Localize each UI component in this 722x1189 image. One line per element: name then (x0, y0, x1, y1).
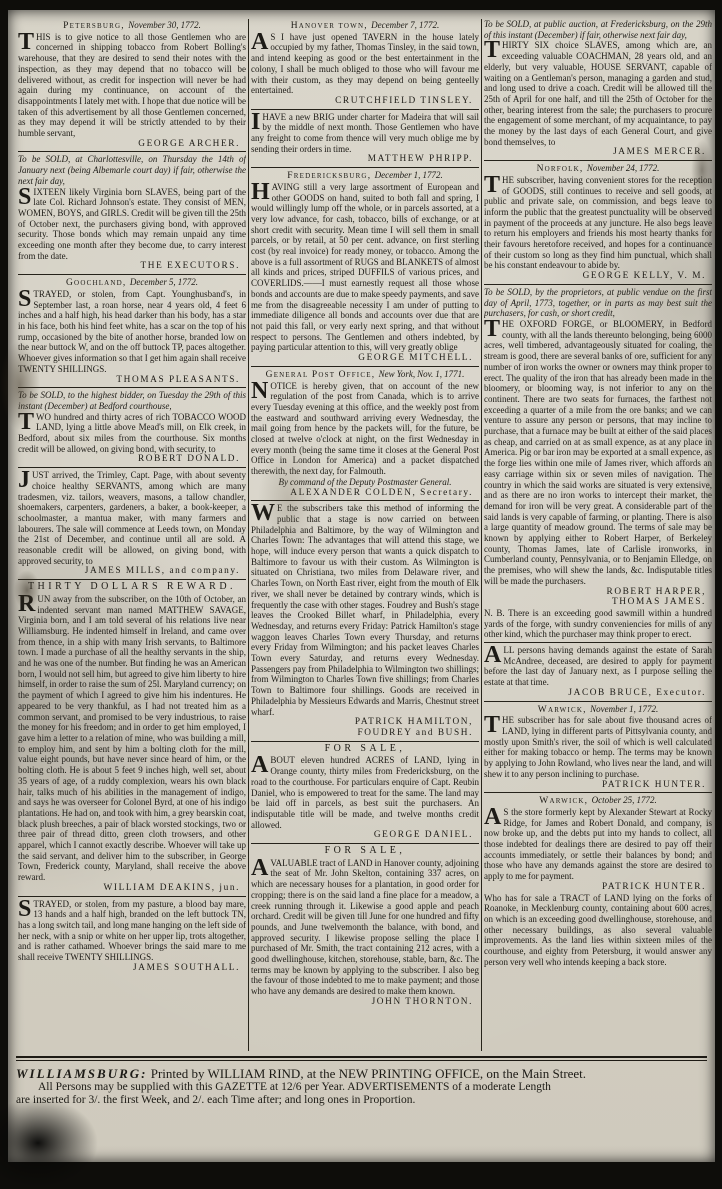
ad-separator-rule (484, 701, 712, 702)
ad-lede: To be SOLD, by the proprietors, at publi… (484, 287, 712, 319)
dateline-place: Fredericksburg, (287, 171, 374, 181)
column-middle: Hanover town, December 7, 1772.AS I have… (251, 19, 479, 1051)
drop-cap: T (484, 175, 502, 195)
advertisement: STRAYED, or stolen, from my pasture, a b… (18, 899, 246, 974)
imprint-city: WILLIAMSBURG: (16, 1066, 147, 1081)
ad-body-text: A VALUABLE tract of LAND in Hanover coun… (251, 858, 479, 997)
ad-body-text: ABOUT eleven hundred ACRES of LAND, lyin… (251, 755, 479, 830)
dateline-date: December 7, 1772. (371, 20, 439, 30)
dateline-place: Hanover town, (291, 21, 371, 31)
dateline-date: December 1, 1772. (375, 170, 443, 180)
ad-separator-rule (484, 792, 712, 793)
dateline-date: New York, Nov. 1, 1771. (379, 369, 465, 379)
drop-cap: I (251, 112, 262, 132)
drop-cap: S (18, 899, 33, 919)
dateline-place: Petersburg, (63, 21, 128, 31)
dateline-place: Goochland, (66, 278, 130, 288)
ad-body-text: TWO hundred and thirty acres of rich TOB… (18, 412, 246, 455)
ad-heading: FOR SALE, (251, 744, 479, 755)
ad-body-text: I HAVE a new BRIG under charter for Made… (251, 112, 479, 155)
imprint-line-2: All Persons may be supplied with this GA… (16, 1081, 707, 1095)
ad-body-text: THE subscriber has for sale about five t… (484, 715, 712, 779)
dateline-place: Norfolk, (537, 164, 587, 174)
ad-signature: JACOB BRUCE, Executor. (484, 688, 712, 699)
imprint-line-1: WILLIAMSBURG: Printed by WILLIAM RIND, a… (16, 1066, 707, 1081)
ad-separator-rule (484, 284, 712, 285)
advertisement: General Post Office, New York, Nov. 1, 1… (251, 369, 479, 498)
ad-dateline: Goochland, December 5, 1772. (18, 277, 246, 289)
ad-body-text: SIXTEEN likely Virginia born SLAVES, bei… (18, 187, 246, 262)
column-divider (248, 19, 249, 1051)
dateline-date: December 5, 1772. (130, 277, 198, 287)
drop-cap: A (484, 807, 503, 827)
ad-separator-rule (484, 642, 712, 643)
ad-body-text: WE the subscribers take this method of i… (251, 503, 479, 717)
ad-signature: GEORGE KELLY, V. M. (484, 271, 712, 282)
drop-cap: T (18, 412, 36, 432)
drop-cap: J (18, 470, 32, 490)
advertisement: JUST arrived, the Trimley, Capt. Page, w… (18, 470, 246, 577)
advertisement: FOR SALE,A VALUABLE tract of LAND in Han… (251, 846, 479, 1008)
advertisement: ALL persons having demands against the e… (484, 645, 712, 699)
ad-signature: GEORGE ARCHER. (18, 139, 246, 150)
ad-signature: PATRICK HAMILTON, (251, 717, 479, 728)
ad-signature: THOMAS JAMES. (484, 597, 712, 608)
ad-body-text: AS I have just opened TAVERN in the hous… (251, 32, 479, 96)
dateline-date: November 24, 1772. (587, 163, 660, 173)
footer-rule-thin (16, 1060, 707, 1061)
ad-separator-rule (18, 151, 246, 152)
drop-cap: S (18, 187, 33, 207)
ad-dateline: Norfolk, November 24, 1772. (484, 163, 712, 175)
advertisement: Warwick, November 1, 1772.THE subscriber… (484, 704, 712, 791)
dateline-place: Warwick, (539, 796, 591, 806)
ad-body-text: STRAYED, or stolen, from my pasture, a b… (18, 899, 246, 963)
ad-body-text: THE OXFORD FORGE, or BLOOMERY, in Bedfor… (484, 319, 712, 587)
ad-separator-rule (18, 387, 246, 388)
drop-cap: R (18, 594, 37, 614)
drop-cap: T (18, 32, 36, 52)
advertisement: I HAVE a new BRIG under charter for Made… (251, 112, 479, 166)
ad-signature: JAMES SOUTHALL. (18, 963, 246, 974)
ad-body-text: NOTICE is hereby given, that on account … (251, 381, 479, 477)
ad-body-text: THIRTY SIX choice SLAVES, among which ar… (484, 40, 712, 147)
imprint-line-3: are inserted for 3/. the first Week, and… (16, 1094, 707, 1108)
ad-lede: To be SOLD, at public auction, at Freder… (484, 19, 712, 40)
ad-signature: JAMES MILLS, and company. (18, 566, 246, 577)
advertisement: Fredericksburg, December 1, 1772.HAVING … (251, 170, 479, 364)
ad-separator-rule (251, 167, 479, 168)
ad-separator-rule (251, 109, 479, 110)
ad-postscript: Who has for sale a TRACT of LAND lying o… (484, 893, 712, 968)
ad-signature: MATTHEW PHRIPP. (251, 154, 479, 165)
drop-cap: A (251, 858, 270, 878)
drop-cap: T (484, 40, 502, 60)
drop-cap: W (251, 503, 277, 523)
ad-postscript-italic: By command of the Deputy Postmaster Gene… (251, 477, 479, 488)
dateline-date: November 30, 1772. (128, 20, 201, 30)
column-left: Petersburg, November 30, 1772.THIS is to… (18, 19, 246, 1051)
ad-body-text: HAVING still a very large assortment of … (251, 182, 479, 353)
dateline-date: November 1, 1772. (590, 704, 658, 714)
ad-separator-rule (251, 366, 479, 367)
drop-cap: A (251, 32, 270, 52)
advertisement: WE the subscribers take this method of i… (251, 503, 479, 738)
ad-body-text: STRAYED, or stolen, from Capt. Younghusb… (18, 289, 246, 375)
ad-postscript: N. B. There is an exceeding good sawmill… (484, 608, 712, 640)
ad-signature: THOMAS PLEASANTS. (18, 375, 246, 386)
drop-cap: A (251, 755, 270, 775)
drop-cap: T (484, 319, 502, 339)
footer-rule-thick (16, 1056, 707, 1058)
drop-cap: T (484, 715, 502, 735)
ink-blot (0, 1098, 98, 1188)
newspaper-scan: { "page": { "kind": "colonial newspaper … (0, 0, 722, 1189)
advertisement: To be SOLD, by the proprietors, at publi… (484, 287, 712, 640)
advertisement: THIRTY DOLLARS REWARD.RUN away from the … (18, 582, 246, 893)
ad-separator-rule (18, 467, 246, 468)
ad-signature: JAMES MERCER. (484, 147, 712, 158)
ad-dateline: Warwick, October 25, 1772. (484, 795, 712, 807)
ad-signature: PATRICK HUNTER. (484, 882, 712, 893)
ad-columns: Petersburg, November 30, 1772.THIS is to… (8, 10, 715, 1051)
ad-signature: GEORGE MITCHELL. (251, 353, 479, 364)
ad-dateline: Hanover town, December 7, 1772. (251, 20, 479, 32)
advertisement: To be SOLD, at Charlottesville, on Thurs… (18, 154, 246, 272)
ad-signature: FOUDREY and BUSH. (251, 728, 479, 739)
ad-heading: THIRTY DOLLARS REWARD. (18, 582, 246, 593)
ad-separator-rule (18, 896, 246, 897)
ad-signature: WILLIAM DEAKINS, jun. (18, 883, 246, 894)
ad-separator-rule (484, 160, 712, 161)
advertisement: Warwick, October 25, 1772.AS the store f… (484, 795, 712, 967)
ad-separator-rule (251, 741, 479, 742)
ad-dateline: Warwick, November 1, 1772. (484, 704, 712, 716)
drop-cap: A (484, 645, 503, 665)
imprint-footer: WILLIAMSBURG: Printed by WILLIAM RIND, a… (8, 1056, 715, 1108)
ad-signature: CRUTCHFIELD TINSLEY. (251, 96, 479, 107)
drop-cap: S (18, 289, 33, 309)
ad-signature: GEORGE DANIEL. (251, 830, 479, 841)
dateline-date: October 25, 1772. (592, 795, 657, 805)
column-divider (481, 19, 482, 1051)
ad-signature: ALEXANDER COLDEN, Secretary. (251, 488, 479, 499)
ad-signature: ROBERT DONALD. (18, 454, 246, 465)
ad-body-text: THIS is to give notice to all those Gent… (18, 32, 246, 139)
newspaper-page: Petersburg, November 30, 1772.THIS is to… (8, 10, 715, 1162)
ad-dateline: Petersburg, November 30, 1772. (18, 20, 246, 32)
ad-body-text: AS the store formerly kept by Alexander … (484, 807, 712, 882)
dateline-place: General Post Office, (266, 370, 379, 380)
advertisement: FOR SALE,ABOUT eleven hundred ACRES of L… (251, 744, 479, 841)
advertisement: To be SOLD, at public auction, at Freder… (484, 19, 712, 158)
ad-signature: PATRICK HUNTER. (484, 780, 712, 791)
ad-signature: JOHN THORNTON. (251, 997, 479, 1008)
dateline-place: Warwick, (538, 705, 590, 715)
column-right: To be SOLD, at public auction, at Freder… (484, 19, 712, 1051)
ad-signature: ROBERT HARPER, (484, 587, 712, 598)
ad-body-text: ALL persons having demands against the e… (484, 645, 712, 688)
ad-body-text: THE subscriber, having convenient stores… (484, 175, 712, 271)
ad-dateline: Fredericksburg, December 1, 1772. (251, 170, 479, 182)
ad-separator-rule (251, 843, 479, 844)
ad-body-text: RUN away from the subscriber, on the 10t… (18, 594, 246, 883)
ad-signature: THE EXECUTORS. (18, 261, 246, 272)
ad-separator-rule (18, 274, 246, 275)
advertisement: Hanover town, December 7, 1772.AS I have… (251, 20, 479, 107)
ad-lede: To be SOLD, to the highest bidder, on Tu… (18, 390, 246, 411)
drop-cap: N (251, 381, 270, 401)
drop-cap: H (251, 182, 272, 202)
ad-heading: FOR SALE, (251, 846, 479, 857)
ad-separator-rule (251, 500, 479, 501)
advertisement: Petersburg, November 30, 1772.THIS is to… (18, 20, 246, 149)
ad-lede: To be SOLD, at Charlottesville, on Thurs… (18, 154, 246, 186)
advertisement: Goochland, December 5, 1772.STRAYED, or … (18, 277, 246, 385)
ad-dateline: General Post Office, New York, Nov. 1, 1… (251, 369, 479, 381)
ad-separator-rule (18, 579, 246, 580)
ad-body-text: JUST arrived, the Trimley, Capt. Page, w… (18, 470, 246, 566)
advertisement: Norfolk, November 24, 1772.THE subscribe… (484, 163, 712, 282)
imprint-printer: Printed by WILLIAM RIND, at the NEW PRIN… (147, 1066, 586, 1081)
advertisement: To be SOLD, to the highest bidder, on Tu… (18, 390, 246, 465)
